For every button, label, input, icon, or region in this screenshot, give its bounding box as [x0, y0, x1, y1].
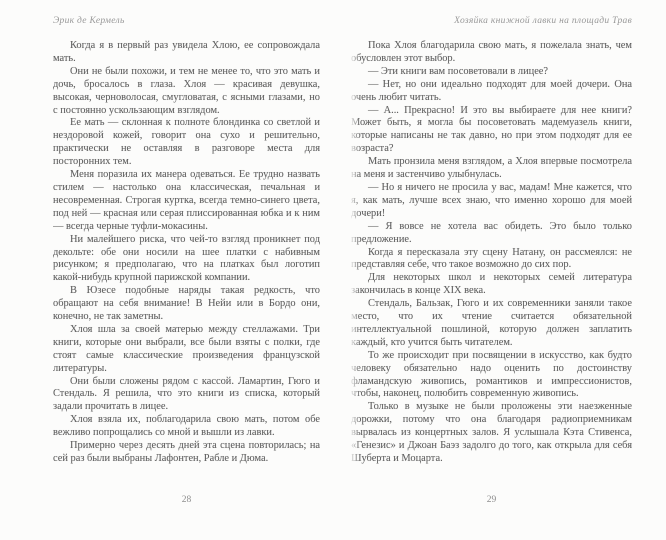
page-right: Хозяйка книжной лавки на площади Трав По…: [351, 0, 632, 540]
paragraph: Стендаль, Бальзак, Гюго и их современник…: [351, 298, 632, 350]
page-number-right: 29: [351, 495, 632, 505]
paragraph: — Нет, но они идеально подходят для моей…: [351, 79, 632, 105]
paragraph: Хлоя взяла их, поблагодарила свою мать, …: [53, 414, 320, 440]
paragraph: Ее мать — склонная к полноте блондинка с…: [53, 117, 320, 169]
paragraph: — А... Прекрасно! И это вы выбираете для…: [351, 105, 632, 157]
paragraph: Примерно через десять дней эта сцена пов…: [53, 440, 320, 466]
paragraph: — Но я ничего не просила у вас, мадам! М…: [351, 182, 632, 221]
paragraph: Когда я пересказала эту сцену Натану, он…: [351, 247, 632, 273]
paragraph: — Я вовсе не хотела вас обидеть. Это был…: [351, 221, 632, 247]
paragraph: В Юзесе подобные наряды такая редкость, …: [53, 285, 320, 324]
page-left: Эрик де Кермель Когда я в первый раз уви…: [53, 0, 320, 540]
paragraph: Меня поразила их манера одеваться. Ее тр…: [53, 169, 320, 234]
running-header-book-title: Хозяйка книжной лавки на площади Трав: [351, 16, 632, 26]
page-left-body: Когда я в первый раз увидела Хлою, ее со…: [53, 40, 320, 490]
running-header-author: Эрик де Кермель: [53, 16, 320, 26]
paragraph: Ни малейшего риска, что чей-то взгляд пр…: [53, 234, 320, 286]
paragraph: Для некоторых школ и некоторых семей лит…: [351, 272, 632, 298]
paragraph: Они были сложены рядом с кассой. Ламарти…: [53, 376, 320, 415]
paragraph: Когда я в первый раз увидела Хлою, ее со…: [53, 40, 320, 66]
paragraph: Мать пронзила меня взглядом, а Хлоя впер…: [351, 156, 632, 182]
page-right-body: Пока Хлоя благодарила свою мать, я пожел…: [351, 40, 632, 490]
paragraph: — Эти книги вам посоветовали в лицее?: [351, 66, 632, 79]
paragraph: То же происходит при посвящении в искусс…: [351, 350, 632, 402]
paragraph: Только в музыке не были проложены эти на…: [351, 401, 632, 466]
page-number-left: 28: [53, 495, 320, 505]
paragraph: Они не были похожи, и тем не менее то, ч…: [53, 66, 320, 118]
paragraph: Пока Хлоя благодарила свою мать, я пожел…: [351, 40, 632, 66]
paragraph: Хлоя шла за своей матерью между стеллажа…: [53, 324, 320, 376]
book-spread: Эрик де Кермель Когда я в первый раз уви…: [0, 0, 666, 540]
